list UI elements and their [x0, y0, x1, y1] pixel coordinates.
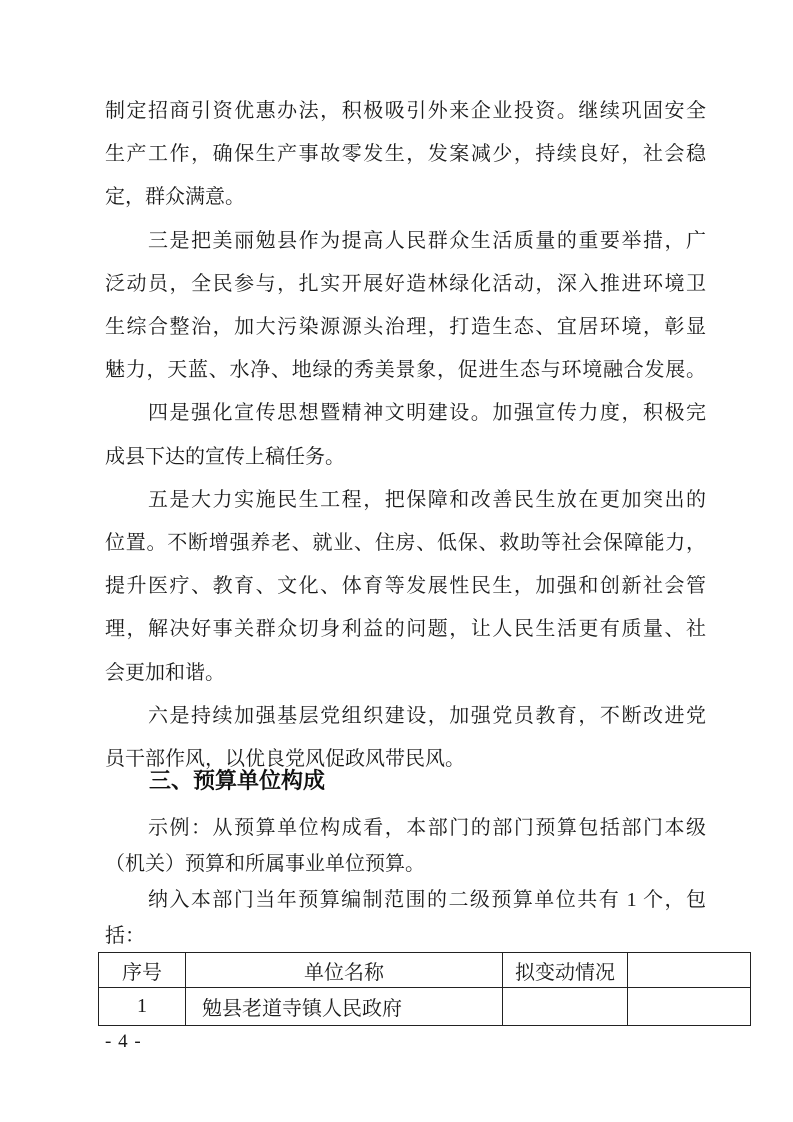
section-line: 示例：从预算单位构成看，本部门的部门预算包括部门本级 — [105, 810, 706, 846]
body-line: 提升医疗、教育、文化、体育等发展性民生，加强和创新社会管 — [105, 565, 706, 608]
body-line: 定，群众满意。 — [105, 176, 706, 219]
section-text: 示例：从预算单位构成看，本部门的部门预算包括部门本级 （机关）预算和所属事业单位… — [105, 810, 706, 954]
table-header-seq: 序号 — [99, 953, 186, 988]
body-line: 成县下达的宣传上稿任务。 — [105, 436, 706, 479]
cell-blank — [628, 988, 751, 1026]
section-line: 纳入本部门当年预算编制范围的二级预算单位共有 1 个，包 — [105, 882, 706, 918]
table-row: 1 勉县老道寺镇人民政府 — [99, 988, 751, 1026]
page-number: - 4 - — [105, 1032, 142, 1052]
body-line: 魅力，天蓝、水净、地绿的秀美景象，促进生态与环境融合发展。 — [105, 349, 706, 392]
cell-unit-name: 勉县老道寺镇人民政府 — [186, 988, 503, 1026]
body-line: 三是把美丽勉县作为提高人民群众生活质量的重要举措，广 — [105, 220, 706, 263]
body-line: 生产工作，确保生产事故零发生，发案减少，持续良好，社会稳 — [105, 133, 706, 176]
body-line: 理，解决好事关群众切身利益的问题，让人民生活更有质量、社 — [105, 608, 706, 651]
cell-change — [503, 988, 628, 1026]
body-line: 泛动员，全民参与，扎实开展好造林绿化活动，深入推进环境卫 — [105, 263, 706, 306]
section-heading: 三、预算单位构成 — [105, 768, 706, 794]
section-line: （机关）预算和所属事业单位预算。 — [105, 846, 706, 882]
cell-seq: 1 — [99, 988, 186, 1026]
body-line: 生综合整治，加大污染源源头治理，打造生态、宜居环境，彰显 — [105, 306, 706, 349]
document-page: 制定招商引资优惠办法，积极吸引外来企业投资。继续巩固安全 生产工作，确保生产事故… — [0, 0, 793, 1122]
body-line: 位置。不断增强养老、就业、住房、低保、救助等社会保障能力， — [105, 522, 706, 565]
body-line: 五是大力实施民生工程，把保障和改善民生放在更加突出的 — [105, 479, 706, 522]
table-header-unit-name: 单位名称 — [186, 953, 503, 988]
body-line: 四是强化宣传思想暨精神文明建设。加强宣传力度，积极完 — [105, 392, 706, 435]
body-line: 会更加和谐。 — [105, 652, 706, 695]
body-line: 制定招商引资优惠办法，积极吸引外来企业投资。继续巩固安全 — [105, 90, 706, 133]
budget-units-table: 序号 单位名称 拟变动情况 1 勉县老道寺镇人民政府 — [98, 952, 751, 1026]
body-text: 制定招商引资优惠办法，积极吸引外来企业投资。继续巩固安全 生产工作，确保生产事故… — [105, 90, 706, 781]
table-header-change: 拟变动情况 — [503, 953, 628, 988]
table-header-row: 序号 单位名称 拟变动情况 — [99, 953, 751, 988]
table-header-blank — [628, 953, 751, 988]
body-line: 六是持续加强基层党组织建设，加强党员教育，不断改进党 — [105, 695, 706, 738]
section-line: 括： — [105, 918, 706, 954]
